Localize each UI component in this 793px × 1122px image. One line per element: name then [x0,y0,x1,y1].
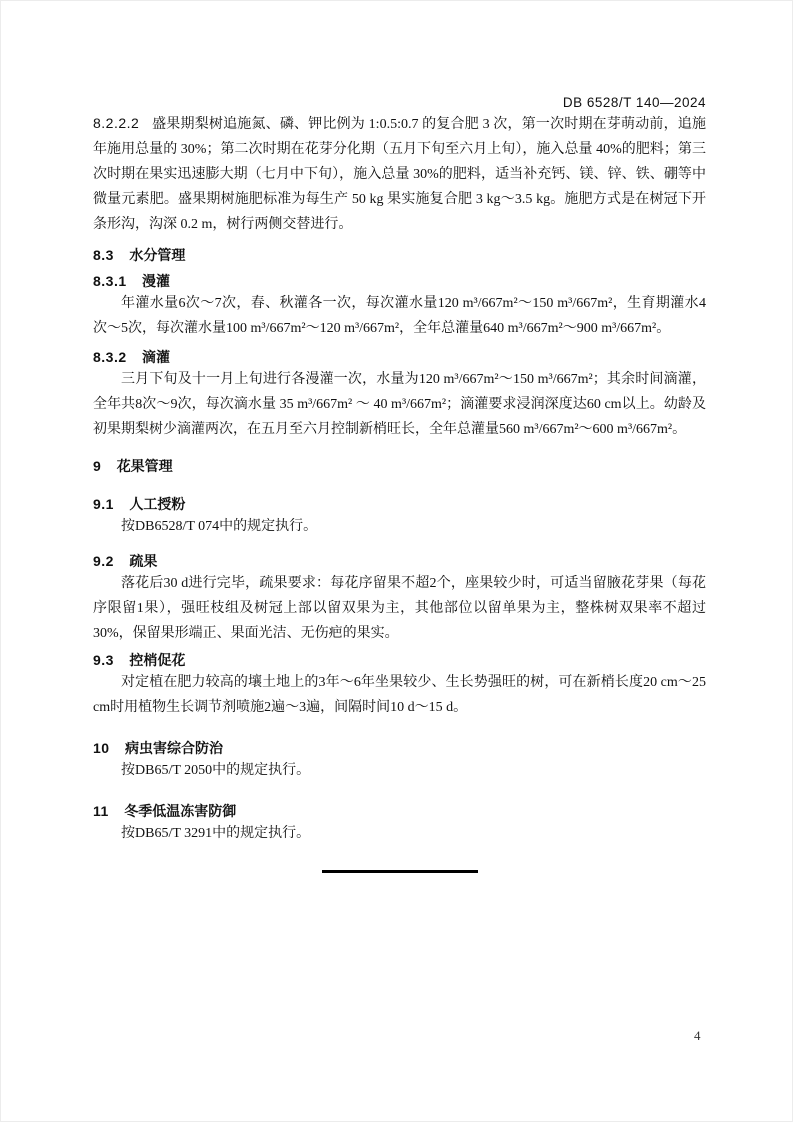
heading-number: 11 [93,803,109,819]
end-of-document-rule [322,870,478,873]
document-page: DB 6528/T 140—2024 8.2.2.2盛果期梨树追施氮、磷、钾比例… [0,0,793,1122]
heading-number: 10 [93,740,110,756]
clause-number: 8.2.2.2 [93,115,139,131]
paragraph-9-2: 落花后30 d进行完毕，疏果要求：每花序留果不超2个，座果较少时，可适当留腋花芽… [93,571,706,646]
heading-title: 控梢促花 [129,652,185,668]
clause-text: 盛果期梨树追施氮、磷、钾比例为 1:0.5:0.7 的复合肥 3 次，第一次时期… [93,117,706,232]
heading-8-3-2: 8.3.2滴灌 [93,347,706,367]
heading-11: 11冬季低温冻害防御 [93,801,706,821]
heading-9-3: 9.3控梢促花 [93,650,706,670]
heading-number: 8.3 [93,247,114,263]
paragraph-11: 按DB65/T 3291中的规定执行。 [93,821,706,846]
heading-10: 10病虫害综合防治 [93,738,706,758]
paragraph-drip-irrigation: 三月下旬及十一月上旬进行各漫灌一次，水量为120 m³/667m²～150 m³… [93,367,706,442]
heading-number: 9.1 [93,496,114,512]
heading-title: 人工授粉 [129,496,185,512]
document-content: DB 6528/T 140—2024 8.2.2.2盛果期梨树追施氮、磷、钾比例… [1,1,792,873]
heading-9: 9花果管理 [93,456,706,476]
clause-8-2-2-2: 8.2.2.2盛果期梨树追施氮、磷、钾比例为 1:0.5:0.7 的复合肥 3 … [93,111,706,237]
heading-title: 花果管理 [117,458,173,474]
heading-title: 病虫害综合防治 [125,740,223,756]
heading-title: 水分管理 [129,247,185,263]
heading-number: 8.3.1 [93,273,127,289]
paragraph-flood-irrigation: 年灌水量6次～7次，春、秋灌各一次，每次灌水量120 m³/667m²～150 … [93,291,706,341]
heading-title: 滴灌 [142,349,170,365]
paragraph-10: 按DB65/T 2050中的规定执行。 [93,758,706,783]
heading-8-3-1: 8.3.1漫灌 [93,271,706,291]
heading-number: 9.3 [93,652,114,668]
heading-9-1: 9.1人工授粉 [93,494,706,514]
paragraph-9-1: 按DB6528/T 074中的规定执行。 [93,514,706,539]
standard-code-header: DB 6528/T 140—2024 [93,94,706,111]
paragraph-9-3: 对定植在肥力较高的壤土地上的3年～6年坐果较少、生长势强旺的树，可在新梢长度20… [93,670,706,720]
heading-title: 疏果 [129,553,157,569]
heading-title: 漫灌 [142,273,170,289]
heading-8-3: 8.3水分管理 [93,245,706,265]
heading-number: 9 [93,458,101,474]
heading-9-2: 9.2疏果 [93,551,706,571]
page-number: 4 [694,1028,701,1044]
heading-number: 8.3.2 [93,349,127,365]
heading-number: 9.2 [93,553,114,569]
heading-title: 冬季低温冻害防御 [124,803,236,819]
